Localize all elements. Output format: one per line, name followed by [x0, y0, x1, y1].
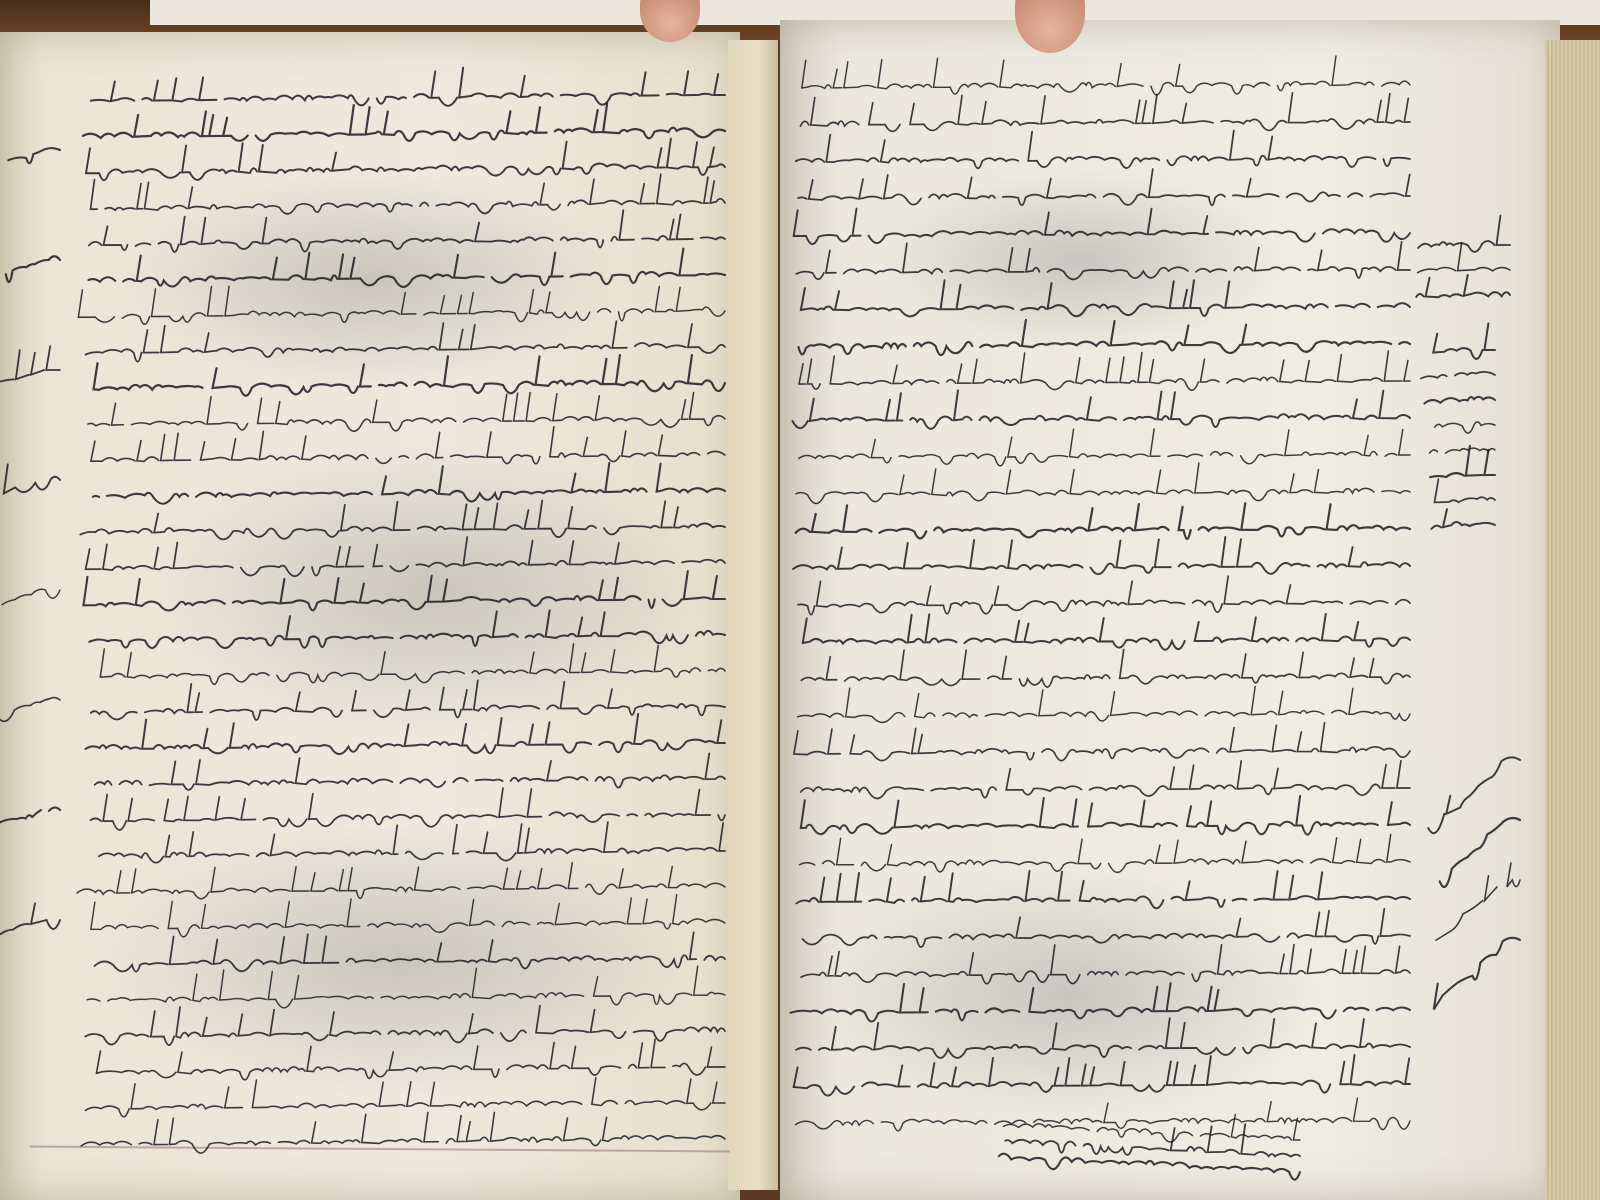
handwritten-text	[0, 0, 1600, 1200]
